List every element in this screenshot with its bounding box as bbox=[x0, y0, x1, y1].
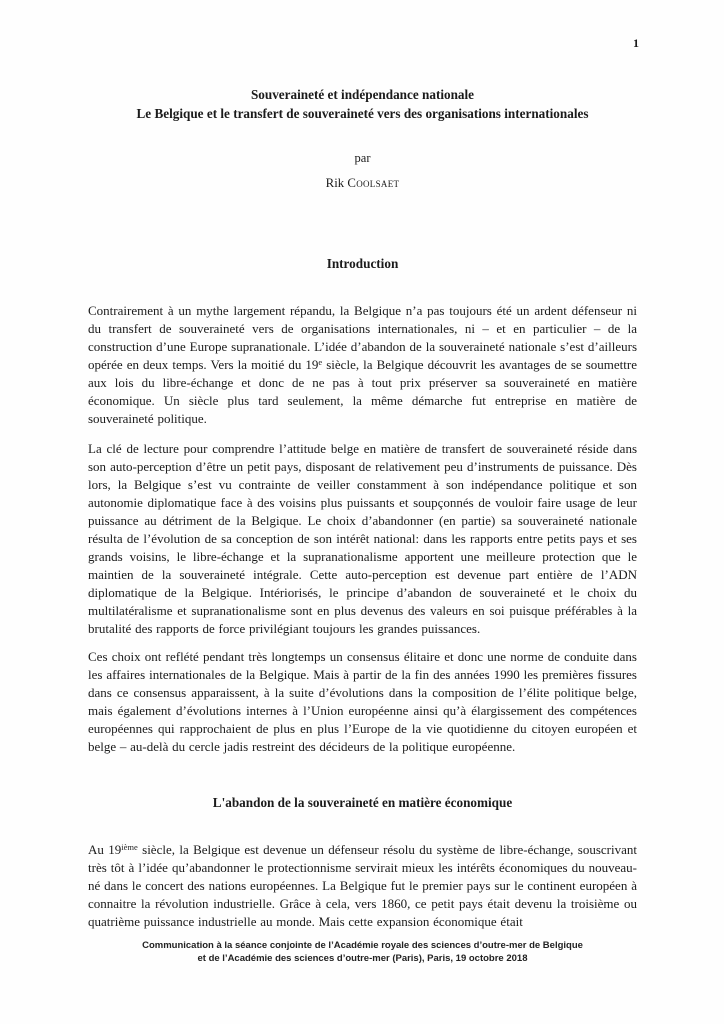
author-first-name: Rik bbox=[326, 176, 345, 190]
author-last-name: Coolsaet bbox=[347, 176, 399, 190]
paragraph-4-text-b: siècle, la Belgique est devenue un défen… bbox=[88, 842, 637, 929]
footer-citation-line-2: et de l’Académie des sciences d’outre-me… bbox=[88, 952, 637, 965]
paragraph-1: Contrairement à un mythe largement répan… bbox=[88, 302, 637, 428]
heading-economic-sovereignty: L'abandon de la souveraineté en matière … bbox=[88, 793, 637, 812]
paragraph-3: Ces choix ont reflété pendant très longt… bbox=[88, 648, 637, 756]
heading-introduction: Introduction bbox=[88, 254, 637, 273]
paragraph-4-superscript: ième bbox=[121, 842, 138, 852]
footer-citation: Communication à la séance conjointe de l… bbox=[88, 939, 637, 965]
paragraph-4: Au 19ième siècle, la Belgique est devenu… bbox=[88, 841, 637, 931]
footer-citation-line-1: Communication à la séance conjointe de l… bbox=[88, 939, 637, 952]
document-page: 1 Souveraineté et indépendance nationale… bbox=[0, 0, 724, 1024]
page-number: 1 bbox=[633, 36, 639, 51]
author-name: Rik Coolsaet bbox=[88, 176, 637, 191]
paragraph-2: La clé de lecture pour comprendre l’atti… bbox=[88, 440, 637, 638]
document-title-line-1: Souveraineté et indépendance nationale bbox=[88, 86, 637, 105]
paragraph-4-text-a: Au 19 bbox=[88, 842, 121, 857]
document-title: Souveraineté et indépendance nationale L… bbox=[88, 86, 637, 123]
byline-prefix: par bbox=[88, 151, 637, 166]
document-title-line-2: Le Belgique et le transfert de souverain… bbox=[88, 105, 637, 124]
